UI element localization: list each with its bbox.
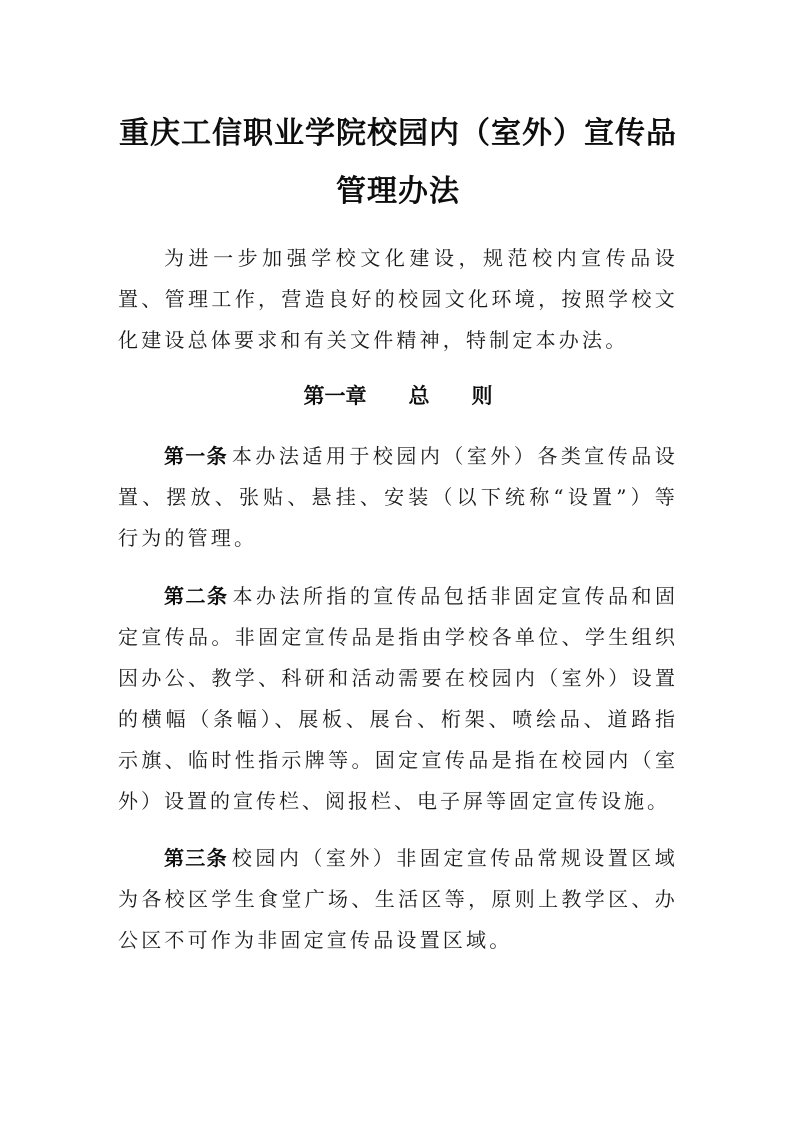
article-1-label: 第一条: [164, 444, 228, 468]
article-2-text: 本办法所指的宣传品包括非固定宣传品和固定宣传品。非固定宣传品是指由学校各单位、学…: [118, 584, 678, 813]
intro-paragraph: 为进一步加强学校文化建设，规范校内宣传品设置、管理工作，营造良好的校园文化环境，…: [118, 238, 678, 361]
document-title-line-2: 管理办法: [118, 166, 678, 210]
chapter-number: 第一章: [304, 380, 367, 410]
article-2-label: 第二条: [164, 584, 228, 608]
article-2: 第二条本办法所指的宣传品包括非固定宣传品和固定宣传品。非固定宣传品是指由学校各单…: [118, 576, 678, 822]
article-3-label: 第三条: [164, 846, 228, 870]
chapter-heading: 第一章总则: [118, 380, 678, 410]
article-1: 第一条本办法适用于校园内（室外）各类宣传品设置、摆放、张贴、悬挂、安装（以下统称…: [118, 436, 678, 559]
chapter-name-char-2: 则: [472, 380, 493, 410]
document-title-line-1: 重庆工信职业学院校园内（室外）宣传品: [118, 108, 678, 152]
chapter-name-char-1: 总: [409, 380, 430, 410]
article-3: 第三条校园内（室外）非固定宣传品常规设置区域为各校区学生食堂广场、生活区等，原则…: [118, 838, 678, 961]
